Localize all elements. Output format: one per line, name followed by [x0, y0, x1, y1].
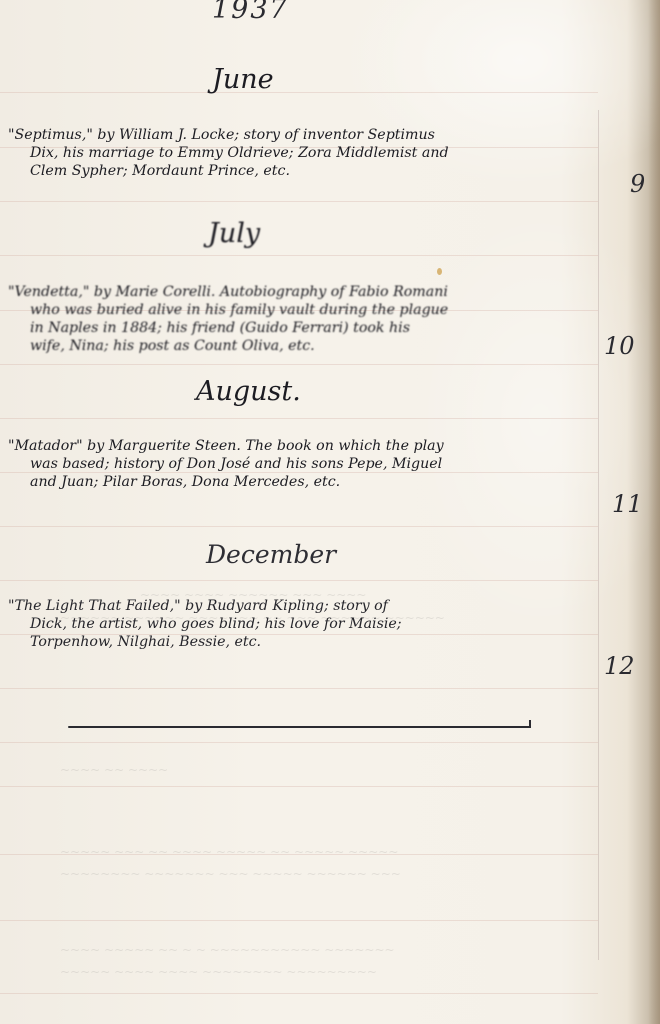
year-heading: 1937	[212, 0, 289, 25]
entry-line: who was buried alive in his family vault…	[8, 301, 448, 319]
entry-line: Dix, his marriage to Emmy Oldrieve; Zora…	[8, 144, 449, 162]
entry-line: in Naples in 1884; his friend (Guido Fer…	[8, 319, 448, 337]
bleed-through-text: ~~~~~ ~~~~ ~~~~ ~~~~~~~~ ~~~~~~~~~	[60, 962, 377, 983]
entry-line: "The Light That Failed," by Rudyard Kipl…	[8, 597, 402, 615]
entry-light-that-failed: "The Light That Failed," by Rudyard Kipl…	[8, 597, 402, 651]
page-number: 12	[604, 652, 635, 680]
ruled-line	[0, 418, 598, 419]
ruled-line	[0, 201, 598, 202]
bleed-through-text: ~~~~ ~~~~~ ~~ ~ ~ ~~~~~~~~~~~ ~~~~~~~	[60, 940, 395, 961]
entry-line: "Vendetta," by Marie Corelli. Autobiogra…	[8, 283, 448, 301]
ruled-line	[0, 920, 598, 921]
ruled-line	[0, 92, 598, 93]
month-heading-june: June	[212, 64, 274, 95]
ruled-line	[0, 786, 598, 787]
page-edge-shadow	[648, 0, 660, 1024]
ruled-line	[0, 993, 598, 994]
bleed-through-text: ~~~~~ ~~~ ~~ ~~~~ ~~~~~ ~~ ~~~~~ ~~~~~	[60, 842, 398, 863]
entry-septimus: "Septimus," by William J. Locke; story o…	[8, 126, 449, 180]
page-number: 10	[604, 332, 635, 360]
page-number: 11	[612, 490, 643, 518]
bleed-through-text: ~~~~ ~~ ~~~~	[60, 760, 168, 781]
page-number: 9	[630, 170, 645, 198]
ruled-line	[0, 580, 598, 581]
entry-vendetta: "Vendetta," by Marie Corelli. Autobiogra…	[8, 283, 448, 355]
entry-line: Torpenhow, Nilghai, Bessie, etc.	[8, 633, 402, 651]
month-heading-december: December	[206, 540, 336, 569]
entry-line: wife, Nina; his post as Count Oliva, etc…	[8, 337, 448, 355]
paper-stain	[437, 268, 442, 275]
entry-matador: "Matador" by Marguerite Steen. The book …	[8, 437, 444, 491]
entry-line: "Septimus," by William J. Locke; story o…	[8, 126, 449, 144]
notebook-page: ~~~~ ~~~~ ~~~~~~ ~~~ ~~~~ ~~~~~~ ~~~~~~ …	[0, 0, 660, 1024]
bleed-through-text: ~~~~~~~~ ~~~~~~~ ~~~ ~~~~~ ~~~~~~ ~~~	[60, 864, 401, 885]
ruled-line	[0, 364, 598, 365]
ruled-line	[0, 688, 598, 689]
ruled-line	[0, 255, 598, 256]
margin-line	[598, 110, 599, 960]
entry-line: "Matador" by Marguerite Steen. The book …	[8, 437, 444, 455]
month-heading-august: August.	[196, 376, 301, 407]
divider-end-tick	[529, 720, 531, 728]
entry-line: and Juan; Pilar Boras, Dona Mercedes, et…	[8, 473, 444, 491]
closing-divider-line	[68, 726, 531, 728]
ruled-line	[0, 742, 598, 743]
ruled-line	[0, 526, 598, 527]
entry-line: was based; history of Don José and his s…	[8, 455, 444, 473]
month-heading-july: July	[208, 218, 260, 249]
entry-line: Dick, the artist, who goes blind; his lo…	[8, 615, 402, 633]
entry-line: Clem Sypher; Mordaunt Prince, etc.	[8, 162, 449, 180]
